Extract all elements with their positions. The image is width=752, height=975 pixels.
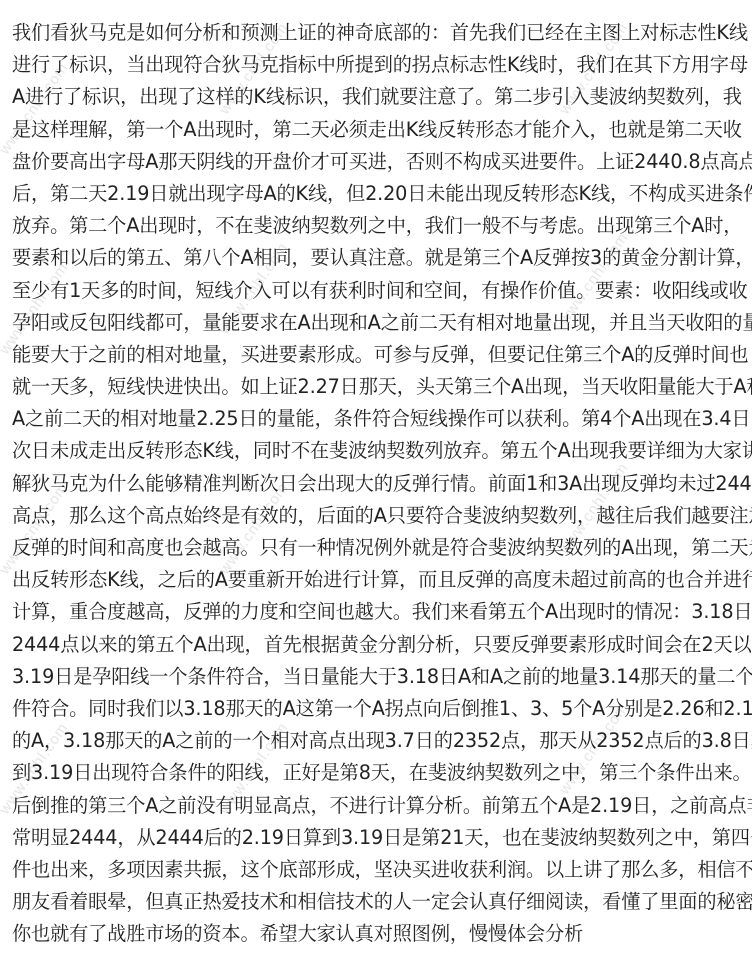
text-line: 到3.19日出现符合条件的阳线，正好是第8天，在斐波纳契数列之中，第三个条件出来… <box>12 757 744 789</box>
text-line: 的A，3.18那天的A之前的一个相对高点出现3.7日的2352点，那天从2352… <box>12 725 744 757</box>
text-line: 件符合。同时我们以3.18那天的A这第一个A拐点向后倒推1、3、5个A分别是2.… <box>12 693 744 725</box>
text-line: 计算，重合度越高，反弹的力度和空间也越大。我们来看第五个A出现时的情况：3.18… <box>12 596 744 628</box>
text-line: 3.19日是孕阳线一个条件符合，当日量能大于3.18日A和A之前的地量3.14那… <box>12 661 744 693</box>
article-body: 我们看狄马克是如何分析和预测上证的神奇底部的：首先我们已经在主图上对标志性K线 … <box>12 17 744 950</box>
text-line: 要素和以后的第五、第八个A相同，要认真注意。就是第三个A反弹按3的黄金分割计算， <box>12 242 744 274</box>
text-line: 次日未成走出反转形态K线，同时不在斐波纳契数列放弃。第五个A出现我要详细为大家讲 <box>12 435 744 467</box>
text-line: 高点，那么这个高点始终是有效的，后面的A只要符合斐波纳契数列，越往后我们越要注意 <box>12 500 744 532</box>
text-line: 朋友看着眼晕，但真正热爱技术和相信技术的人一定会认真仔细阅读，看懂了里面的秘密， <box>12 886 744 918</box>
text-line: 能要大于之前的相对地量，买进要素形成。可参与反弹，但要记住第三个A的反弹时间也 <box>12 339 744 371</box>
text-line: 就一天多，短线快进快出。如上证2.27日那天，头天第三个A出现，当天收阳量能大于… <box>12 371 744 403</box>
text-line: 后倒推的第三个A之前没有明显高点，不进行计算分析。前第五个A是2.19日，之前高… <box>12 790 744 822</box>
text-line: 出反转形态K线，之后的A要重新开始进行计算，而且反弹的高度未超过前高的也合并进行 <box>12 564 744 596</box>
document-page: www.cnhl.com www.cnhl.com www.cnhl.com w… <box>0 0 752 975</box>
text-line: 盘价要高出字母A那天阴线的开盘价才可买进，否则不构成买进要件。上证2440.8点… <box>12 146 744 178</box>
text-line: 放弃。第二个A出现时，不在斐波纳契数列之中，我们一般不与考虑。出现第三个A时， <box>12 210 744 242</box>
text-line: A进行了标识，出现了这样的K线标识，我们就要注意了。第二步引入斐波纳契数列，我 <box>12 81 744 113</box>
text-line: 我们看狄马克是如何分析和预测上证的神奇底部的：首先我们已经在主图上对标志性K线 <box>12 17 744 49</box>
text-line: 反弹的时间和高度也会越高。只有一种情况例外就是符合斐波纳契数列的A出现，第二天走 <box>12 532 744 564</box>
text-line: 件也出来，多项因素共振，这个底部形成，坚决买进收获利润。以上讲了那么多，相信不少 <box>12 854 744 886</box>
text-line: 解狄马克为什么能够精准判断次日会出现大的反弹行情。前面1和3A出现反弹均未过24… <box>12 468 744 500</box>
text-line: 是这样理解，第一个A出现时，第二天必须走出K线反转形态才能介入，也就是第二天收 <box>12 114 744 146</box>
text-line: A之前二天的相对地量2.25日的量能，条件符合短线操作可以获利。第4个A出现在3… <box>12 403 744 435</box>
text-line: 至少有1天多的时间，短线介入可以有获利时间和空间，有操作价值。要素：收阳线或收 <box>12 275 744 307</box>
text-line: 进行了标识，当出现符合狄马克指标中所提到的拐点标志性K线时，我们在其下方用字母 <box>12 49 744 81</box>
text-line: 常明显2444，从2444后的2.19日算到3.19日是第21天，也在斐波纳契数… <box>12 822 744 854</box>
text-line: 你也就有了战胜市场的资本。希望大家认真对照图例，慢慢体会分析 <box>12 918 744 950</box>
text-line: 后，第二天2.19日就出现字母A的K线，但2.20日未能出现反转形态K线，不构成… <box>12 178 744 210</box>
text-line: 孕阳或反包阳线都可，量能要求在A出现和A之前二天有相对地量出现，并且当天收阳的量 <box>12 307 744 339</box>
text-line: 2444点以来的第五个A出现，首先根据黄金分割分析，只要反弹要素形成时间会在2天… <box>12 629 744 661</box>
